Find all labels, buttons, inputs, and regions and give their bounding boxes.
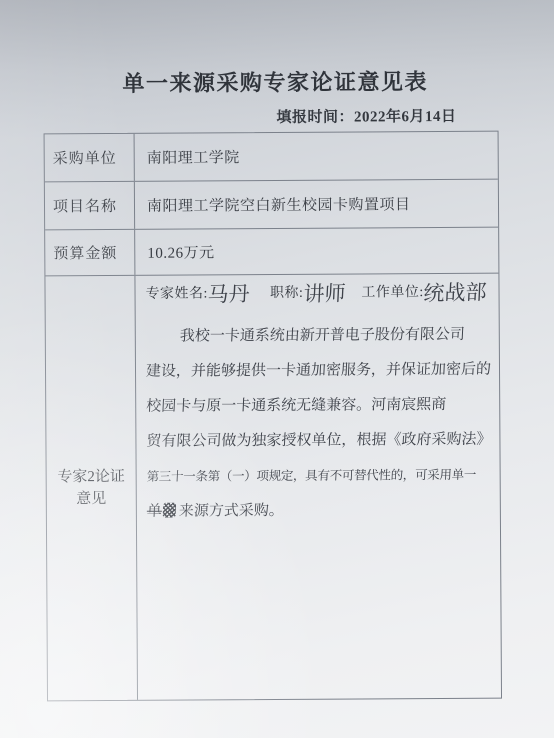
row-label-purchasing-unit: 采购单位 bbox=[45, 134, 135, 182]
table-row-purchasing-unit: 采购单位 南阳理工学院 bbox=[45, 132, 498, 183]
scanned-form-sheet: 单一来源采购专家论证意见表 填报时间：2022年6月14日 采购单位 南阳理工学… bbox=[0, 0, 554, 738]
opinion-last-line-text: 来源方式采购。 bbox=[178, 501, 284, 520]
row-label-expert-opinion: 专家2论证意见 bbox=[45, 276, 138, 701]
ink-scribble-blot bbox=[163, 503, 177, 518]
row-value-project-name: 南阳理工学院空白新生校园卡购置项目 bbox=[135, 180, 498, 229]
row-label-project-name: 项目名称 bbox=[45, 182, 135, 230]
handwritten-opinion: 我校一卡通系统由新开普电子股份有限公司 建设，并能够提供一卡通加密服务，并保证加… bbox=[146, 317, 492, 529]
row-value-purchasing-unit: 南阳理工学院 bbox=[135, 132, 498, 181]
opinion-line: 建设，并能够提供一卡通加密服务，并保证加密后的 bbox=[145, 352, 492, 389]
expert-unit-label: 工作单位: bbox=[361, 281, 424, 303]
expert-name-handwritten: 马丹 bbox=[207, 284, 250, 305]
opinion-line: 贸有限公司做为独家授权单位，根据《政府采购法》 bbox=[146, 422, 493, 459]
table-row-expert-opinion: 专家2论证意见 专家姓名: 马丹 职称: 讲师 工作单位: 统战部 我校一卡通系… bbox=[45, 274, 501, 701]
expert-title-handwritten: 讲师 bbox=[303, 283, 346, 304]
opinion-line: 校园卡与原一卡通系统无缝兼容。河南宸熙商 bbox=[145, 387, 492, 424]
form-table: 采购单位 南阳理工学院 项目名称 南阳理工学院空白新生校园卡购置项目 预算金额 … bbox=[44, 131, 502, 702]
expert-unit-handwritten: 统战部 bbox=[423, 282, 487, 303]
expert-name-label: 专家姓名: bbox=[145, 282, 208, 304]
scribbled-out-text: 单 bbox=[146, 502, 162, 520]
table-row-project-name: 项目名称 南阳理工学院空白新生校园卡购置项目 bbox=[45, 180, 498, 231]
table-row-budget-amount: 预算金额 10.26万元 bbox=[45, 228, 498, 277]
fill-date: 填报时间：2022年6月14日 bbox=[276, 105, 456, 127]
expert-opinion-cell: 专家姓名: 马丹 职称: 讲师 工作单位: 统战部 我校一卡通系统由新开普电子股… bbox=[135, 274, 503, 700]
expert-info-line: 专家姓名: 马丹 职称: 讲师 工作单位: 统战部 bbox=[145, 281, 490, 305]
page-title: 单一来源采购专家论证意见表 bbox=[0, 64, 552, 98]
opinion-line-last: 单来源方式采购。 bbox=[146, 492, 493, 529]
row-label-budget-amount: 预算金额 bbox=[45, 230, 135, 276]
opinion-line: 第三十一条第（一）项规定，具有不可替代性的，可采用单一 bbox=[146, 457, 493, 494]
expert-title-label: 职称: bbox=[270, 282, 304, 304]
row-value-budget-amount: 10.26万元 bbox=[135, 228, 498, 275]
opinion-line: 我校一卡通系统由新开普电子股份有限公司 bbox=[145, 317, 492, 354]
